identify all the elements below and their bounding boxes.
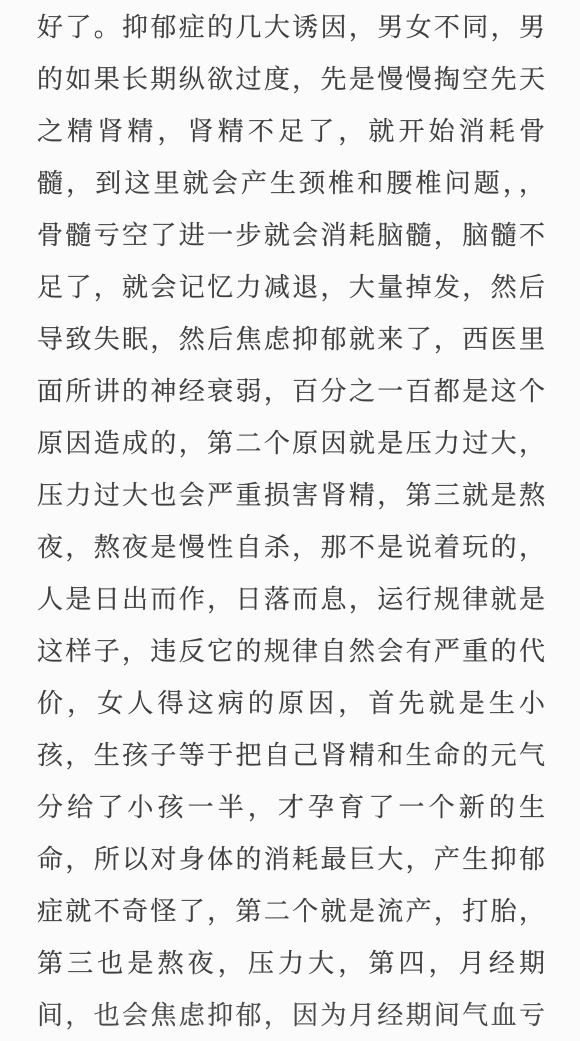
- text-line: 压力过大也会严重损害肾精，第三就是熬: [37, 470, 546, 522]
- text-line: 髓，到这里就会产生颈椎和腰椎问题，，: [37, 158, 546, 210]
- text-line: 间，也会焦虑抑郁，因为月经期间气血亏: [37, 990, 546, 1041]
- text-line: 面所讲的神经衰弱，百分之一百都是这个: [37, 366, 546, 418]
- text-line: 足了，就会记忆力减退，大量掉发，然后: [37, 262, 546, 314]
- text-line: 骨髓亏空了进一步就会消耗脑髓，脑髓不: [37, 210, 546, 262]
- text-line: 的如果长期纵欲过度，先是慢慢掏空先天: [37, 54, 546, 106]
- text-line: 夜，熬夜是慢性自杀，那不是说着玩的，: [37, 522, 546, 574]
- text-line: 人是日出而作，日落而息，运行规律就是: [37, 574, 546, 626]
- text-line: 价，女人得这病的原因，首先就是生小: [37, 678, 546, 730]
- text-line: 第三也是熬夜，压力大，第四，月经期: [37, 938, 546, 990]
- text-line: 好了。抑郁症的几大诱因，男女不同，男: [37, 2, 546, 54]
- text-line: 命，所以对身体的消耗最巨大，产生抑郁: [37, 834, 546, 886]
- text-line: 导致失眠，然后焦虑抑郁就来了，西医里: [37, 314, 546, 366]
- text-line: 分给了小孩一半，才孕育了一个新的生: [37, 782, 546, 834]
- text-line: 之精肾精，肾精不足了，就开始消耗骨: [37, 106, 546, 158]
- text-line: 孩，生孩子等于把自己肾精和生命的元气: [37, 730, 546, 782]
- handwritten-text-page: 好了。抑郁症的几大诱因，男女不同，男 的如果长期纵欲过度，先是慢慢掏空先天 之精…: [0, 0, 580, 1041]
- text-line: 这样子，违反它的规律自然会有严重的代: [37, 626, 546, 678]
- text-line: 原因造成的，第二个原因就是压力过大，: [37, 418, 546, 470]
- text-line: 症就不奇怪了，第二个就是流产，打胎，: [37, 886, 546, 938]
